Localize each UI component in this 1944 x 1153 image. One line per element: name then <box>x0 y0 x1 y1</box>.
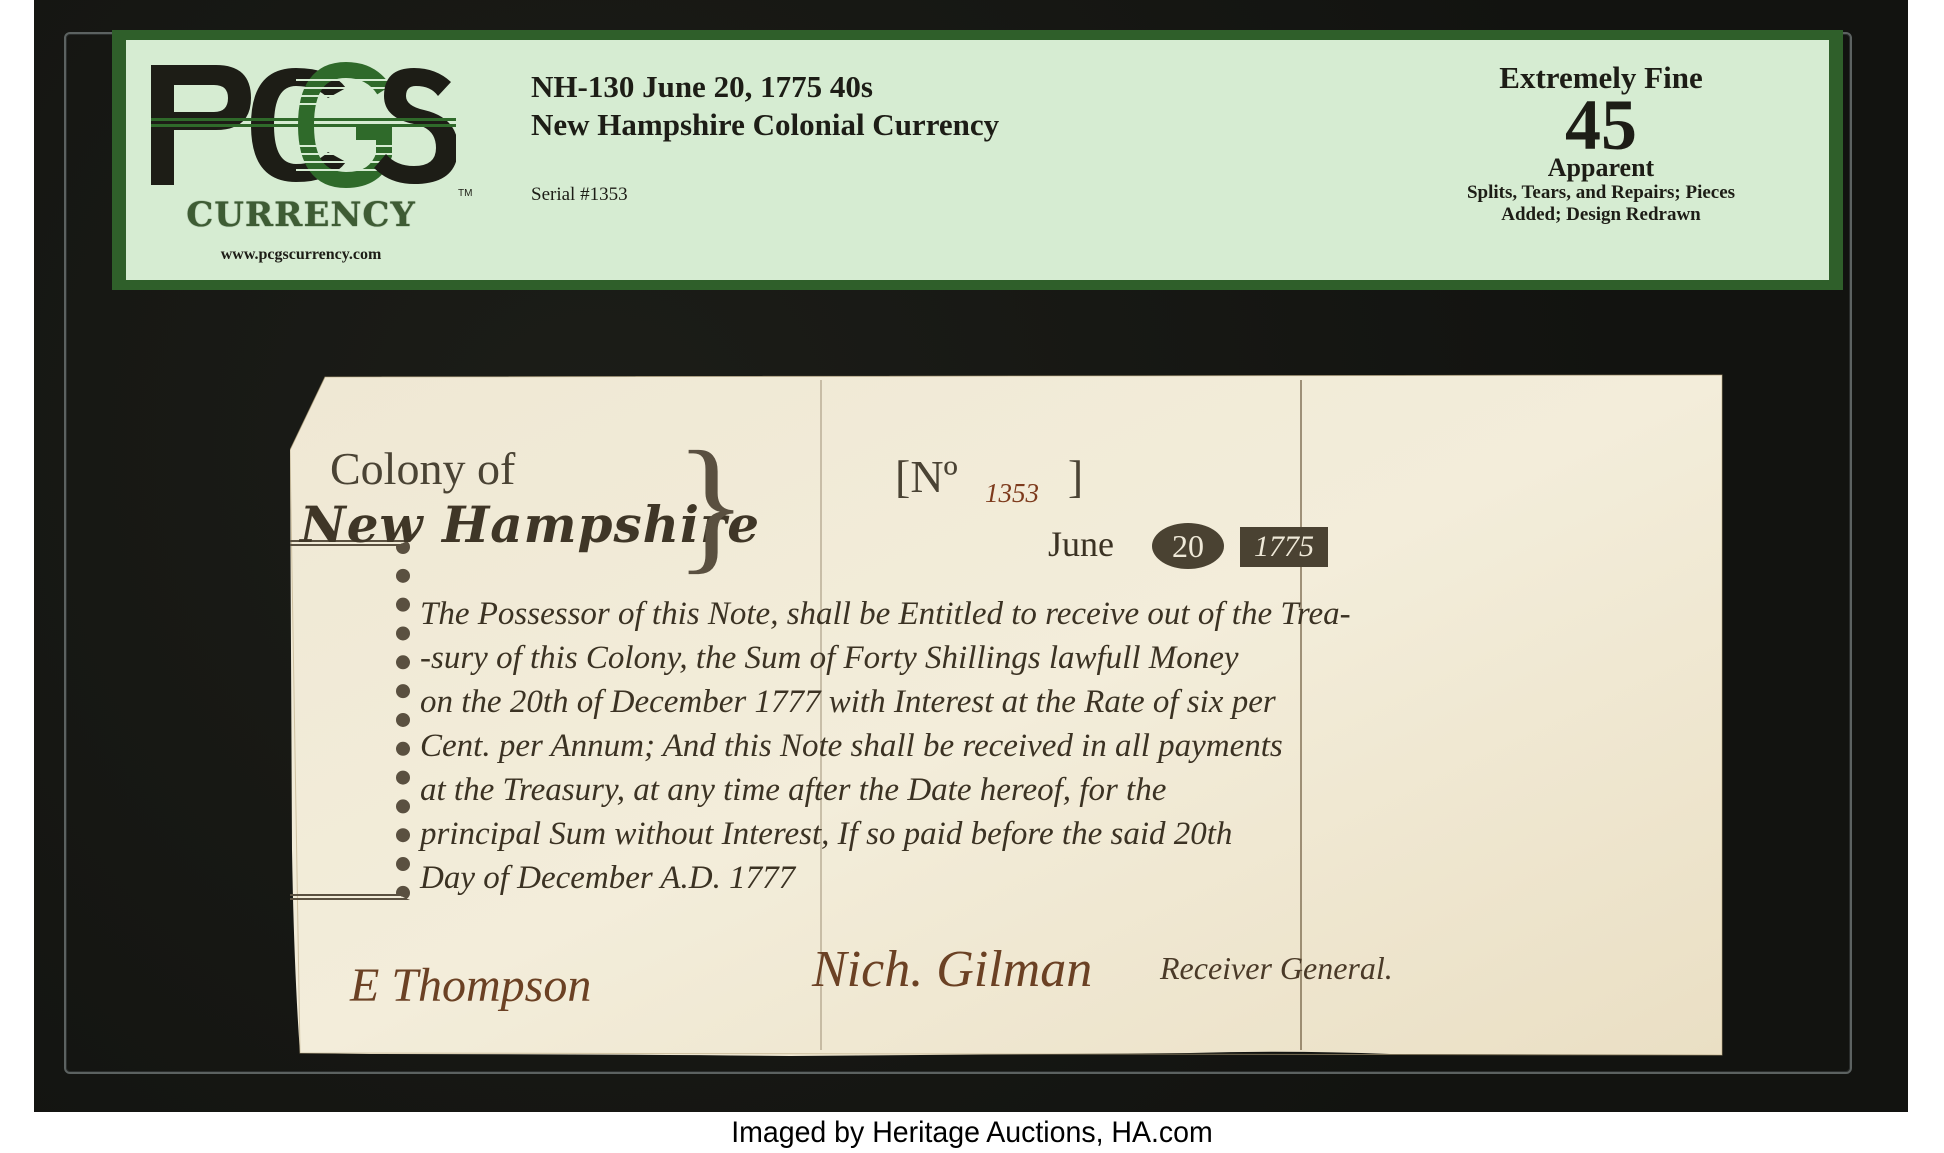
serial-prefix: [Nº <box>895 451 958 502</box>
vignette-border <box>290 540 410 900</box>
body-line-3: on the 20th of December 1777 with Intere… <box>420 680 1276 724</box>
grade-notes-line1: Splits, Tears, and Repairs; Pieces <box>1411 182 1791 204</box>
banknote: Colony of New Hampshire } [Nº] 1353 June… <box>290 370 1725 1060</box>
series-line: New Hampshire Colonial Currency <box>531 106 999 144</box>
note-description: NH-130 June 20, 1775 40s New Hampshire C… <box>531 68 999 206</box>
body-line-4: Cent. per Annum; And this Note shall be … <box>420 724 1283 768</box>
signature-title: Receiver General. <box>1160 950 1393 987</box>
grade-block: Extremely Fine 45 Apparent Splits, Tears… <box>1411 60 1791 226</box>
currency-wordmark: CURRENCY <box>136 195 466 235</box>
signature-thompson: E Thompson <box>350 958 591 1013</box>
serial-number-handwritten: 1353 <box>985 478 1039 509</box>
body-line-5: at the Treasury, at any time after the D… <box>420 768 1166 812</box>
grading-label-inner: TM CURRENCY www.pcgscurrency.com NH-130 … <box>126 40 1829 280</box>
date-year: 1775 <box>1240 527 1328 567</box>
serial-suffix: ] <box>1068 451 1083 502</box>
pcgs-url: www.pcgscurrency.com <box>136 246 466 264</box>
body-line-2: -sury of this Colony, the Sum of Forty S… <box>420 636 1239 680</box>
grade-qualifier: Apparent <box>1411 154 1791 182</box>
grade-number: 45 <box>1411 96 1791 154</box>
pcgs-currency-logo: TM CURRENCY www.pcgscurrency.com <box>136 50 466 275</box>
date-month: June <box>1048 523 1114 565</box>
date-day: 20 <box>1152 523 1224 569</box>
catalog-line: NH-130 June 20, 1775 40s <box>531 68 999 106</box>
signature-gilman: Nich. Gilman <box>812 940 1092 999</box>
image-credit-caption: Imaged by Heritage Auctions, HA.com <box>49 1112 1896 1153</box>
body-line-7: Day of December A.D. 1777 <box>420 856 795 900</box>
note-heading-colony: Colony of <box>330 442 515 495</box>
serial-line: Serial #1353 <box>531 184 999 206</box>
grading-label: TM CURRENCY www.pcgscurrency.com NH-130 … <box>112 30 1843 290</box>
decorative-brace: } <box>675 418 747 590</box>
pcgs-logo-icon <box>146 60 456 190</box>
body-line-1: The Possessor of this Note, shall be Ent… <box>420 592 1351 636</box>
grade-notes-line2: Added; Design Redrawn <box>1411 204 1791 226</box>
body-line-6: principal Sum without Interest, If so pa… <box>420 812 1232 856</box>
